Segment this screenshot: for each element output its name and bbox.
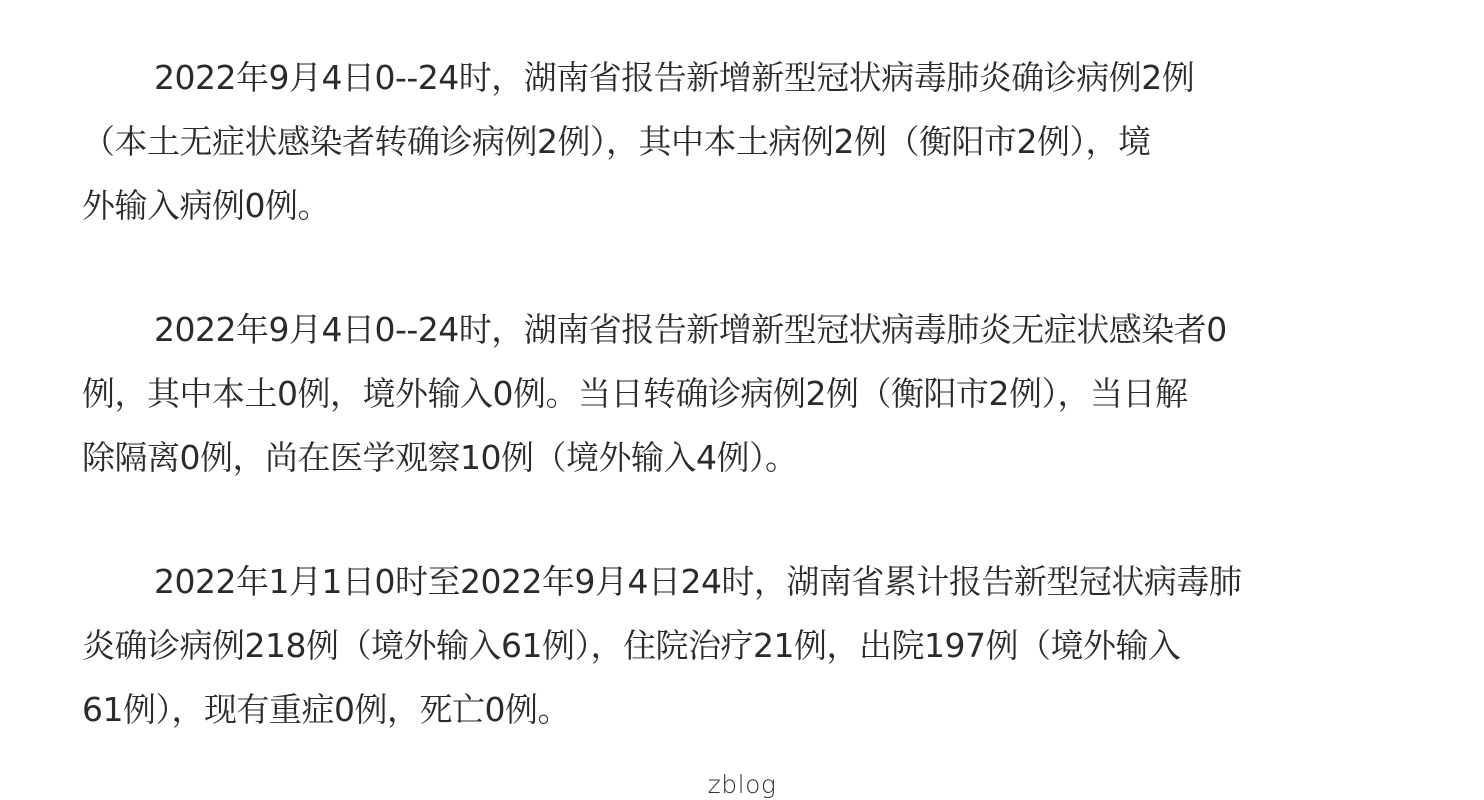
text-line: 61例），现有重症0例，死亡0例。 (82, 678, 1402, 742)
article-body: 2022年9月4日0--24时，湖南省报告新增新型冠状病毒肺炎确诊病例2例 （本… (82, 46, 1402, 742)
paragraph-cumulative-stats: 2022年1月1日0时至2022年9月4日24时，湖南省累计报告新型冠状病毒肺 … (82, 550, 1402, 742)
text-line: （本土无症状感染者转确诊病例2例），其中本土病例2例（衡阳市2例），境 (82, 110, 1402, 174)
text-line: 炎确诊病例218例（境外输入61例），住院治疗21例，出院197例（境外输入 (82, 614, 1402, 678)
text-line: 例，其中本土0例，境外输入0例。当日转确诊病例2例（衡阳市2例），当日解 (82, 362, 1402, 426)
watermark: zblog (0, 770, 1484, 799)
paragraph-daily-confirmed: 2022年9月4日0--24时，湖南省报告新增新型冠状病毒肺炎确诊病例2例 （本… (82, 46, 1402, 238)
paragraph-daily-asymptomatic: 2022年9月4日0--24时，湖南省报告新增新型冠状病毒肺炎无症状感染者0 例… (82, 298, 1402, 490)
text-line: 2022年9月4日0--24时，湖南省报告新增新型冠状病毒肺炎确诊病例2例 (82, 46, 1402, 110)
text-line: 除隔离0例，尚在医学观察10例（境外输入4例）。 (82, 426, 1402, 490)
text-line: 2022年1月1日0时至2022年9月4日24时，湖南省累计报告新型冠状病毒肺 (82, 550, 1402, 614)
text-line: 外输入病例0例。 (82, 174, 1402, 238)
text-line: 2022年9月4日0--24时，湖南省报告新增新型冠状病毒肺炎无症状感染者0 (82, 298, 1402, 362)
